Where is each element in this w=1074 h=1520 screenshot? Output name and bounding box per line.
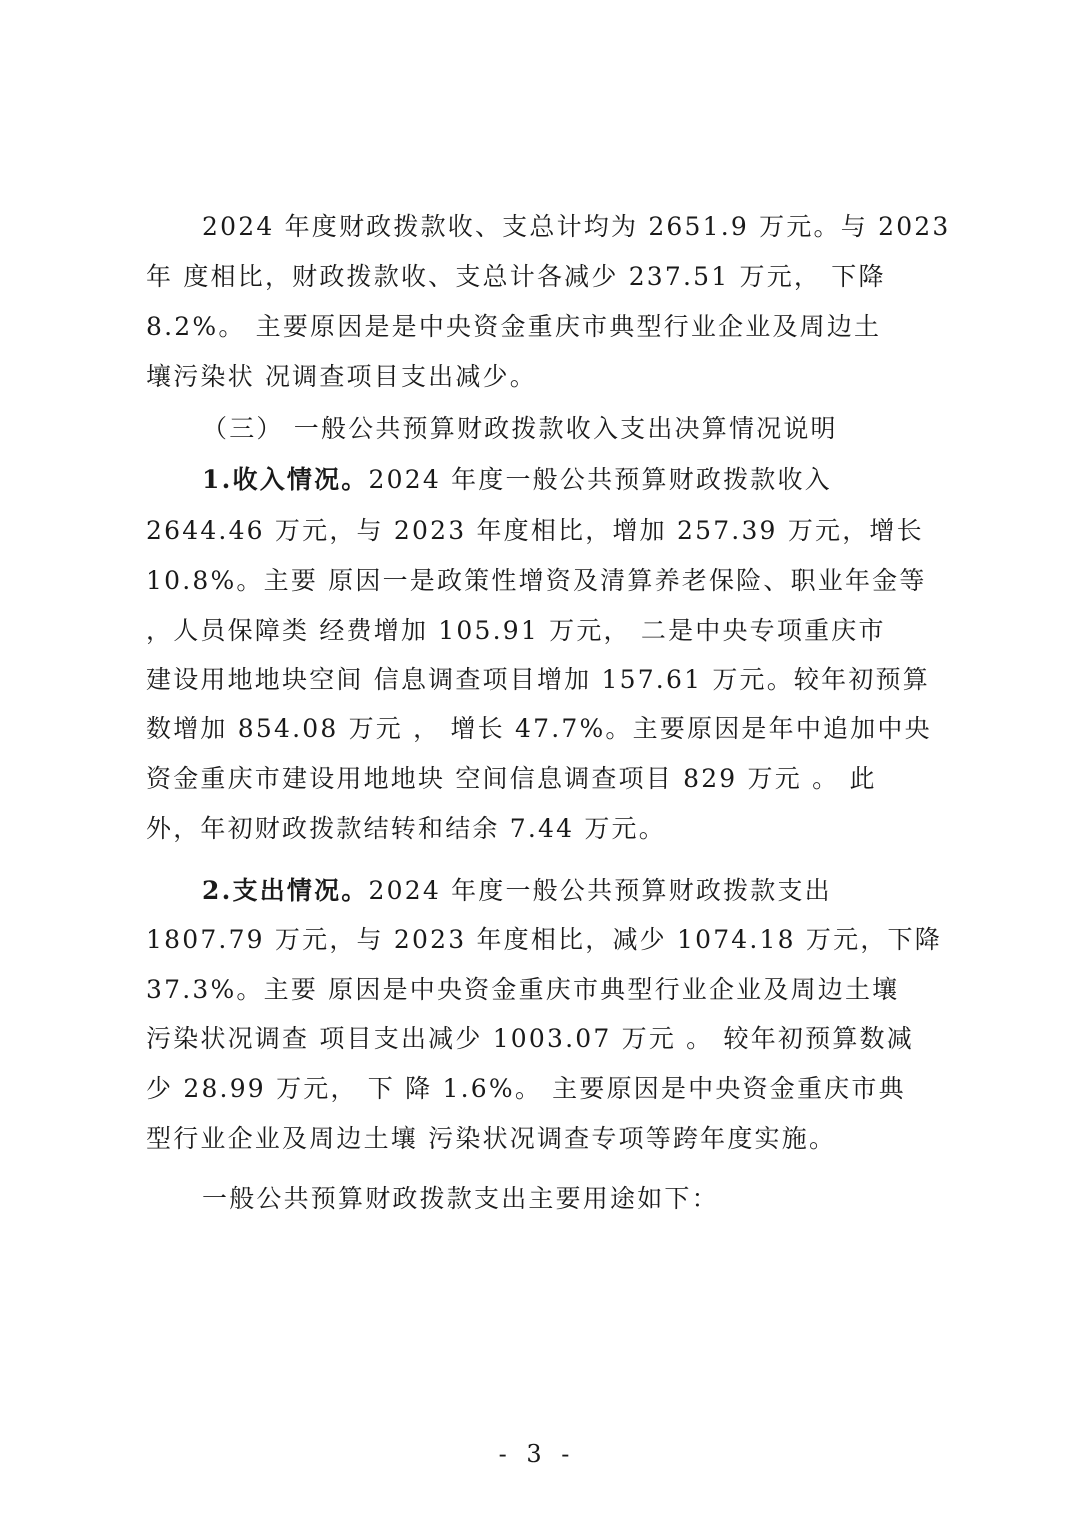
- expenditure-line-1: 2.支出情况。2024 年度一般公共预算财政拨款支出: [202, 878, 832, 903]
- income-line-6: 数增加 854.08 万元 ， 增长 47.7%。主要原因是年中追加中央: [146, 716, 932, 741]
- income-line-8: 外，年初财政拨款结转和结余 7.44 万元。: [146, 816, 666, 841]
- uses-intro: 一般公共预算财政拨款支出主要用途如下：: [202, 1186, 719, 1211]
- paragraph-total-line-1: 2024 年度财政拨款收、支总计均为 2651.9 万元。与 2023: [202, 214, 951, 239]
- page-number: - 3 -: [0, 1440, 1074, 1468]
- expenditure-text: 2024 年度一般公共预算财政拨款支出: [369, 876, 832, 905]
- income-line-4: ，人员保障类 经费增加 105.91 万元， 二是中央专项重庆市: [146, 618, 886, 643]
- income-heading: 1.收入情况。: [202, 465, 369, 494]
- income-line-5: 建设用地地块空间 信息调查项目增加 157.61 万元。较年初预算: [146, 667, 930, 692]
- income-line-1: 1.收入情况。2024 年度一般公共预算财政拨款收入: [202, 467, 832, 492]
- expenditure-line-5: 少 28.99 万元， 下 降 1.6%。 主要原因是中央资金重庆市典: [146, 1076, 906, 1101]
- income-line-7: 资金重庆市建设用地地块 空间信息调查项目 829 万元 。 此: [146, 766, 877, 791]
- expenditure-line-6: 型行业企业及周边土壤 污染状况调查专项等跨年度实施。: [146, 1126, 836, 1151]
- section-heading: （三） 一般公共预算财政拨款收入支出决算情况说明: [202, 416, 838, 441]
- paragraph-total-line-4: 壤污染状 况调查项目支出减少。: [146, 364, 537, 389]
- document-page: 2024 年度财政拨款收、支总计均为 2651.9 万元。与 2023 年 度相…: [0, 0, 1074, 1520]
- expenditure-line-2: 1807.79 万元，与 2023 年度相比，减少 1074.18 万元，下降: [146, 927, 942, 952]
- paragraph-total-line-2: 年 度相比，财政拨款收、支总计各减少 237.51 万元， 下降: [146, 264, 886, 289]
- expenditure-line-4: 污染状况调查 项目支出减少 1003.07 万元 。 较年初预算数减: [146, 1026, 914, 1051]
- income-line-2: 2644.46 万元，与 2023 年度相比，增加 257.39 万元，增长: [146, 518, 924, 543]
- paragraph-total-line-3: 8.2%。 主要原因是是中央资金重庆市典型行业企业及周边土: [146, 314, 881, 339]
- income-text: 2024 年度一般公共预算财政拨款收入: [369, 465, 832, 494]
- expenditure-heading: 2.支出情况。: [202, 876, 369, 905]
- income-line-3: 10.8%。主要 原因一是政策性增资及清算养老保险、职业年金等: [146, 568, 927, 593]
- expenditure-line-3: 37.3%。主要 原因是中央资金重庆市典型行业企业及周边土壤: [146, 977, 899, 1002]
